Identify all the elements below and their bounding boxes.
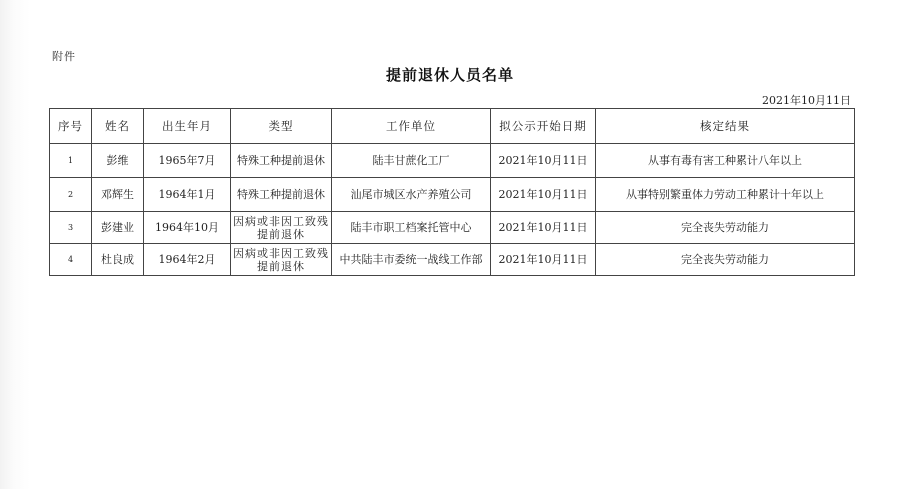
table-row: 3 彭建业 1964年10月 因病或非因工致残提前退休 陆丰市职工档案托管中心 … [50,212,855,244]
table-row: 1 彭维 1965年7月 特殊工种提前退休 陆丰甘蔗化工厂 2021年10月11… [50,144,855,178]
header-birth: 出生年月 [144,109,231,144]
cell-name: 彭建业 [92,212,144,244]
header-seq: 序号 [50,109,92,144]
cell-type: 特殊工种提前退休 [231,178,332,212]
table-header-row: 序号 姓名 出生年月 类型 工作单位 拟公示开始日期 核定结果 [50,109,855,144]
header-publicity-start: 拟公示开始日期 [491,109,596,144]
document-title: 提前退休人员名单 [0,64,900,85]
cell-birth: 1964年2月 [144,244,231,276]
cell-birth: 1964年10月 [144,212,231,244]
header-type: 类型 [231,109,332,144]
table-row: 2 邓辉生 1964年1月 特殊工种提前退休 汕尾市城区水产养殖公司 2021年… [50,178,855,212]
cell-result: 从事特别繁重体力劳动工种累计十年以上 [596,178,855,212]
cell-birth: 1965年7月 [144,144,231,178]
cell-employer: 中共陆丰市委统一战线工作部 [332,244,491,276]
cell-name: 彭维 [92,144,144,178]
cell-seq: 1 [50,144,92,178]
cell-result: 从事有毒有害工种累计八年以上 [596,144,855,178]
header-employer: 工作单位 [332,109,491,144]
cell-name: 邓辉生 [92,178,144,212]
cell-publicity-start: 2021年10月11日 [491,144,596,178]
cell-seq: 2 [50,178,92,212]
cell-name: 杜良成 [92,244,144,276]
cell-publicity-start: 2021年10月11日 [491,178,596,212]
header-result: 核定结果 [596,109,855,144]
cell-type: 特殊工种提前退休 [231,144,332,178]
table-row: 4 杜良成 1964年2月 因病或非因工致残提前退休 中共陆丰市委统一战线工作部… [50,244,855,276]
cell-publicity-start: 2021年10月11日 [491,212,596,244]
cell-result: 完全丧失劳动能力 [596,212,855,244]
cell-type: 因病或非因工致残提前退休 [231,212,332,244]
cell-seq: 3 [50,212,92,244]
cell-employer: 陆丰市职工档案托管中心 [332,212,491,244]
cell-result: 完全丧失劳动能力 [596,244,855,276]
cell-publicity-start: 2021年10月11日 [491,244,596,276]
cell-type: 因病或非因工致残提前退休 [231,244,332,276]
document-page: 附件 提前退休人员名单 2021年10月11日 序号 姓名 出生年月 类型 工作… [0,0,900,489]
cell-seq: 4 [50,244,92,276]
early-retirement-table: 序号 姓名 出生年月 类型 工作单位 拟公示开始日期 核定结果 1 彭维 196… [49,108,855,276]
cell-employer: 陆丰甘蔗化工厂 [332,144,491,178]
document-date: 2021年10月11日 [762,92,851,108]
attachment-label: 附件 [52,48,76,64]
cell-employer: 汕尾市城区水产养殖公司 [332,178,491,212]
cell-birth: 1964年1月 [144,178,231,212]
header-name: 姓名 [92,109,144,144]
